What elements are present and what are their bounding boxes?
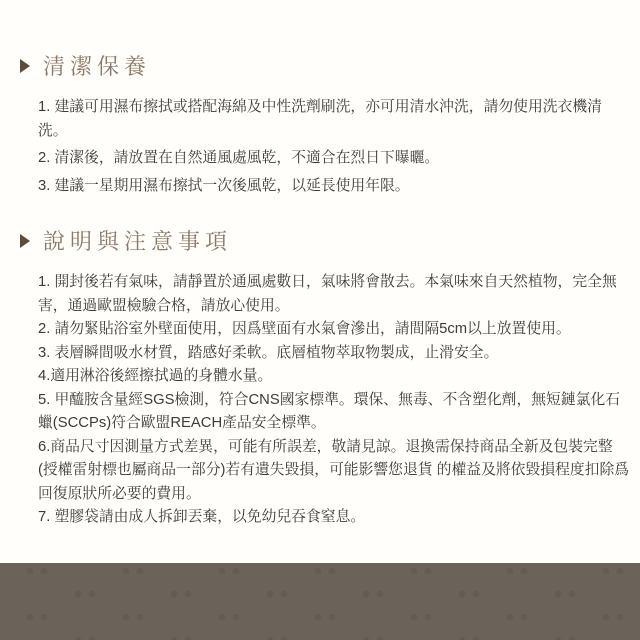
list-item: 5. 甲醯胺含量經SGS檢測，符合CNS國家標準。環保、無毒、不含塑化劑，無短鏈… [38, 389, 630, 436]
list-item: 4.適用淋浴後經擦拭過的身體水量。 [38, 365, 630, 389]
section-cleaning-care: 清潔保養 1. 建議可用濕布擦拭或搭配海綿及中性洗劑刷洗，亦可用清水沖洗，請勿使… [20, 50, 630, 198]
list-item: 2. 請勿緊貼浴室外壁面使用，因爲壁面有水氣會滲出，請間隔5cm以上放置使用。 [38, 318, 630, 342]
section-title: 清潔保養 [43, 50, 151, 81]
triangle-bullet-icon [20, 234, 30, 248]
list-item: 3. 表層瞬間吸水材質，踏感好柔軟。底層植物萃取物製成，止滑安全。 [38, 342, 630, 366]
list-item: 1. 開封後若有氣味，請靜置於通風處數日，氣味將會散去。本氣味來自天然植物，完全… [38, 271, 630, 318]
list-item: 7. 塑膠袋請由成人拆卸丟棄，以免幼兒吞食窒息。 [38, 506, 630, 530]
product-info-page: 清潔保養 1. 建議可用濕布擦拭或搭配海綿及中性洗劑刷洗，亦可用清水沖洗，請勿使… [0, 0, 640, 640]
footer-texture-bar [0, 563, 640, 640]
section-instructions-notes-header: 說明與注意事項 [20, 225, 630, 256]
page-content: 清潔保養 1. 建議可用濕布擦拭或搭配海綿及中性洗劑刷洗，亦可用清水沖洗，請勿使… [0, 0, 640, 530]
triangle-bullet-icon [20, 59, 30, 73]
cleaning-care-list: 1. 建議可用濕布擦拭或搭配海綿及中性洗劑刷洗，亦可用清水沖洗，請勿使用洗衣機清… [20, 96, 630, 198]
section-title: 說明與注意事項 [43, 225, 232, 256]
list-item: 2. 清潔後，請放置在自然通風處風乾，不適合在烈日下曝曬。 [38, 147, 630, 171]
instructions-notes-list: 1. 開封後若有氣味，請靜置於通風處數日，氣味將會散去。本氣味來自天然植物，完全… [20, 271, 630, 530]
list-item: 1. 建議可用濕布擦拭或搭配海綿及中性洗劑刷洗，亦可用清水沖洗，請勿使用洗衣機清… [38, 96, 630, 143]
list-item: 6.商品尺寸因測量方式差異，可能有所誤差，敬請見諒。退換需保持商品全新及包裝完整… [38, 436, 630, 507]
list-item: 3. 建議一星期用濕布擦拭一次後風乾，以延長使用年限。 [38, 175, 630, 199]
section-cleaning-care-header: 清潔保養 [20, 50, 630, 81]
section-instructions-notes: 說明與注意事項 1. 開封後若有氣味，請靜置於通風處數日，氣味將會散去。本氣味來… [20, 225, 630, 530]
